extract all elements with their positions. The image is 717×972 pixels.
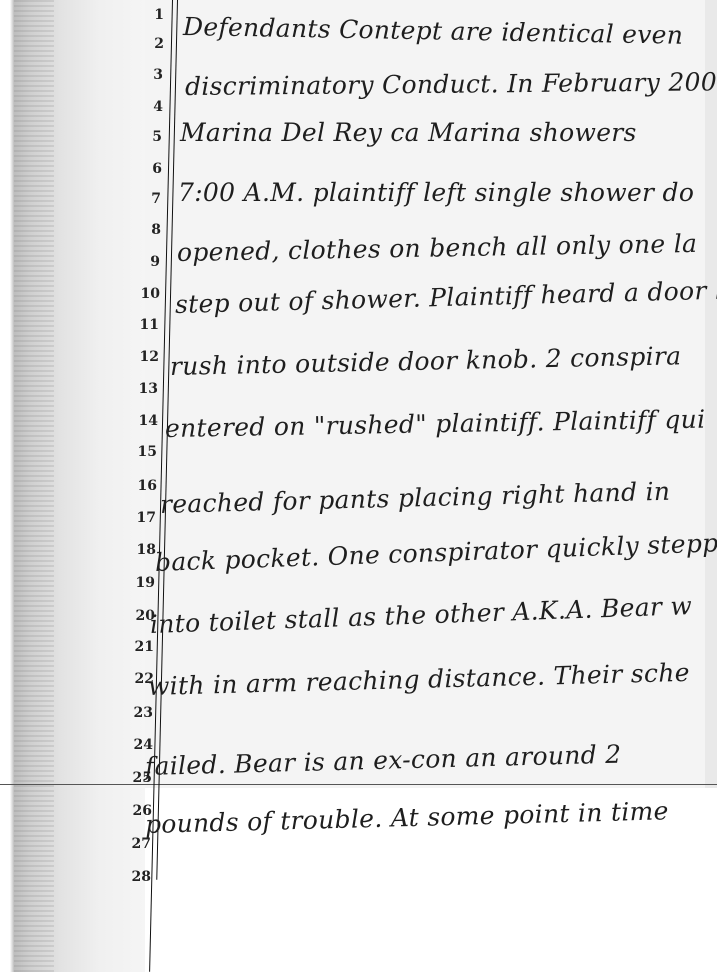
line-number: 14 <box>128 413 158 429</box>
line-number: 16 <box>127 478 157 494</box>
line-number: 23 <box>123 705 153 721</box>
line-number: 5 <box>132 129 162 145</box>
line-number: 12 <box>129 349 159 365</box>
line-number: 10 <box>130 286 160 302</box>
line-number: 18 <box>126 542 156 558</box>
line-number: 8 <box>131 222 161 238</box>
line-number: 19 <box>125 575 155 591</box>
line-number: 3 <box>133 67 163 83</box>
line-number: 13 <box>128 381 158 397</box>
line-number: 4 <box>133 99 163 115</box>
line-number: 21 <box>124 639 154 655</box>
handwritten-line: Marina Del Rey ca Marina showers <box>180 118 637 147</box>
line-number: 17 <box>126 510 156 526</box>
line-number: 1 <box>134 7 164 23</box>
line-number: 7 <box>131 191 161 207</box>
line-number: 2 <box>134 36 164 52</box>
line-number: 24 <box>123 737 153 753</box>
line-number: 9 <box>130 254 160 270</box>
line-number: 15 <box>127 444 157 460</box>
scan-right-edge <box>705 0 717 788</box>
handwritten-line: discriminatory Conduct. In February 2000 <box>185 67 717 101</box>
line-number: 6 <box>132 161 162 177</box>
line-number: 11 <box>129 317 159 333</box>
line-number: 28 <box>121 869 151 885</box>
scan-edge-shadow <box>0 0 145 972</box>
handwritten-line: 7:00 A.M. plaintiff left single shower d… <box>178 178 694 207</box>
scan-seam-line <box>0 784 717 785</box>
